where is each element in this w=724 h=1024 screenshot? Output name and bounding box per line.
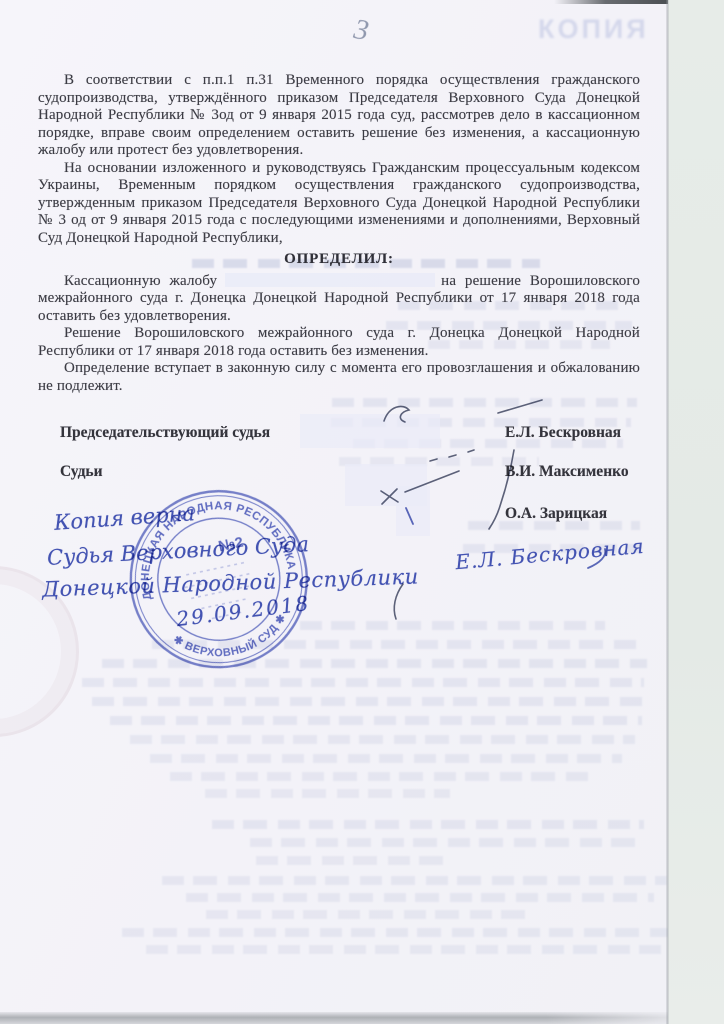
redaction-box — [225, 273, 435, 287]
ruling-heading: ОПРЕДЕЛИЛ: — [38, 251, 640, 269]
bleed-through-text-line — [92, 697, 644, 706]
bleed-through-text-line — [110, 716, 642, 725]
presiding-judge-name: Е.Л. Бескровная — [505, 424, 621, 442]
bleed-through-text-line — [300, 621, 605, 630]
judges-label: Судьи — [60, 463, 103, 481]
judge-3-name: О.А. Зарицкая — [505, 505, 607, 523]
paragraph-cassation-ruling: Кассационную жалобуна решение Ворошиловс… — [38, 273, 640, 326]
scan-bottom-edge-shadow — [0, 1012, 668, 1024]
paper-right-edge — [666, 0, 669, 1024]
court-stamp: ДОНЕЦКАЯ НАРОДНАЯ РЕСПУБЛИКА ✱ ВЕРХОВНЫЙ… — [104, 464, 336, 696]
svg-text:ДОНЕЦКАЯ НАРОДНАЯ РЕСПУБЛИКА: ДОНЕЦКАЯ НАРОДНАЯ РЕСПУБЛИКА — [125, 485, 297, 601]
bleed-through-text-line — [250, 838, 642, 847]
bleed-through-text-line — [122, 928, 668, 937]
bleed-through-text-line — [170, 772, 590, 781]
bleed-through-text-line — [186, 893, 654, 902]
handwritten-page-number: 3 — [352, 13, 371, 48]
bleed-through-text-line — [332, 398, 637, 407]
bleed-through-text-line — [162, 876, 667, 885]
document-page: КОПИЯ 3 В соответствии с п.п.1 п.31 Врем… — [0, 0, 668, 1024]
bleed-through-text-line — [205, 789, 450, 798]
presiding-judge-label: Председательствующий судья — [60, 424, 270, 442]
judge-2-name: В.И. Максименко — [505, 463, 629, 481]
scan-top-edge-shadow — [554, 0, 668, 4]
copy-watermark-bleed-through: КОПИЯ — [538, 14, 649, 45]
stamp-center-number: №2 — [217, 534, 245, 556]
paragraph-text-before-redaction: Кассационную жалобу — [64, 273, 217, 289]
paragraph-ruling-basis: На основании изложенного и руководствуяс… — [38, 160, 640, 248]
stamp-ring-text-top: ДОНЕЦКАЯ НАРОДНАЯ РЕСПУБЛИКА — [125, 485, 297, 601]
paragraph-effective-date: Определение вступает в законную силу с м… — [38, 360, 640, 395]
paragraph-legal-basis: В соответствии с п.п.1 п.31 Временного п… — [38, 72, 640, 160]
redaction-box — [396, 486, 430, 536]
document-body: В соответствии с п.п.1 п.31 Временного п… — [38, 72, 640, 395]
bleed-through-text-line — [206, 910, 536, 919]
paragraph-decision-upheld: Решение Ворошиловского межрайонного суда… — [38, 325, 640, 360]
bleed-through-text-line — [212, 820, 644, 829]
bleed-through-text-line — [146, 945, 661, 954]
bleed-through-text-line — [256, 856, 452, 865]
redaction-box — [300, 414, 440, 448]
bleed-through-text-line — [150, 754, 622, 763]
bleed-through-text-line — [130, 735, 635, 744]
scanned-court-document: КОПИЯ 3 В соответствии с п.п.1 п.31 Врем… — [0, 0, 724, 1024]
handwritten-signature: Е.Л. Бескровная — [454, 534, 645, 574]
stamp-inner-emblem — [182, 561, 260, 623]
